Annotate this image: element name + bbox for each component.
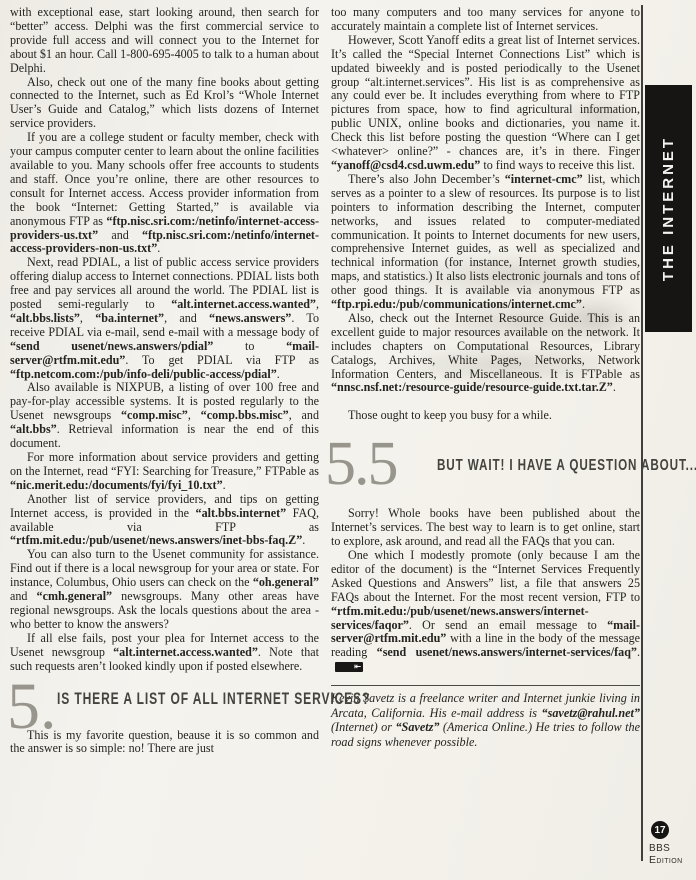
margin-rule <box>641 5 643 861</box>
paragraph: too many computers and too many services… <box>331 6 640 34</box>
edition-line-edition: Edition <box>649 855 683 867</box>
text-run: (Internet) or <box>331 720 395 734</box>
text-run: “nnsc.nsf.net:/resource-guide/resource-g… <box>331 380 613 394</box>
left-column: with exceptional ease, start looking aro… <box>10 6 319 756</box>
paragraph: If you are a college student or faculty … <box>10 131 319 256</box>
text-run: to find ways to receive this list. <box>480 158 635 172</box>
author-bio: Kevin Savetz is a freelance writer and I… <box>331 685 640 749</box>
text-run: “yanoff@csd4.csd.uwm.edu” <box>331 158 480 172</box>
section-number-5: 5. <box>7 677 57 736</box>
text-run: “send usenet/news.answers/internet-servi… <box>377 645 637 659</box>
text-run: , and <box>289 408 319 422</box>
text-run: with exceptional ease, start looking aro… <box>10 5 319 75</box>
text-run: “cmh.general” <box>37 589 113 603</box>
edition-label: BBS Edition <box>649 843 683 866</box>
paragraph: Those ought to keep you busy for a while… <box>331 409 640 423</box>
text-run: Those ought to keep you busy for a while… <box>348 408 552 422</box>
text-run: However, Scott Yanoff edits a great list… <box>331 33 640 158</box>
text-run: Sorry! Whole books have been published a… <box>331 506 640 548</box>
text-run: . To get PDIAL via FTP as <box>125 353 319 367</box>
text-run: . <box>157 241 160 255</box>
text-run: and <box>10 589 37 603</box>
text-run: “rtfm.mit.edu:/pub/usenet/news.answers/i… <box>10 533 302 547</box>
text-run: . <box>637 645 640 659</box>
page-number-badge: 17 <box>651 821 669 839</box>
text-run: “savetz@rahul.net” <box>541 706 640 720</box>
text-run: “alt.bbs.internet” <box>196 506 287 520</box>
chapter-tab: THE INTERNET <box>645 85 692 332</box>
section-heading-5: 5. IS THERE A LIST OF ALL INTERNET SERVI… <box>10 681 319 729</box>
text-run: , and <box>164 311 209 325</box>
text-run: . Retrieval information is near the end … <box>10 422 319 450</box>
paragraph: Another list of service providers, and t… <box>10 493 319 549</box>
text-run: “ftp.rpi.edu:/pub/communications/interne… <box>331 297 582 311</box>
text-run: Also, check out one of the many fine boo… <box>10 75 319 131</box>
paragraph: For more information about service provi… <box>10 451 319 493</box>
text-run: Also, check out the Internet Resource Gu… <box>331 311 640 381</box>
paragraph: with exceptional ease, start looking aro… <box>10 6 319 76</box>
section-heading-5-5: 5.5 BUT WAIT! I HAVE A QUESTION ABOUT... <box>331 441 640 497</box>
text-run: “comp.misc” <box>121 408 188 422</box>
end-of-article-icon: ⇤ <box>335 662 363 672</box>
text-run: . <box>302 533 305 547</box>
text-run: “ba.internet” <box>95 311 164 325</box>
text-run: . Or send an email message to <box>409 618 607 632</box>
paragraph: Also, check out one of the many fine boo… <box>10 76 319 132</box>
text-run: , <box>80 311 95 325</box>
text-run: “alt.internet.access.wanted” <box>113 645 258 659</box>
paragraph-text: One which I modestly promote (only becau… <box>331 548 640 659</box>
text-run: There’s also John December’s <box>348 172 505 186</box>
text-run: , <box>188 408 201 422</box>
text-run: “alt.internet.access.wanted” <box>171 297 316 311</box>
magazine-page: with exceptional ease, start looking aro… <box>0 0 696 880</box>
paragraph: If all else fails, post your plea for In… <box>10 632 319 674</box>
section-number-5-5: 5.5 <box>325 437 397 493</box>
text-run: “news.answers” <box>209 311 291 325</box>
paragraph: However, Scott Yanoff edits a great list… <box>331 34 640 173</box>
paragraph: Also available is NIXPUB, a listing of o… <box>10 381 319 451</box>
text-run: “ftp.netcom.com:/pub/info-deli/public-ac… <box>10 367 277 381</box>
text-run: . <box>582 297 585 311</box>
text-run: “nic.merit.edu:/documents/fyi/fyi_10.txt… <box>10 478 223 492</box>
text-run: “send usenet/news.answers/pdial” <box>10 339 213 353</box>
paragraph: Next, read PDIAL, a list of public acces… <box>10 256 319 381</box>
text-run: “comp.bbs.misc” <box>201 408 289 422</box>
paragraph: Also, check out the Internet Resource Gu… <box>331 312 640 395</box>
text-run: list, which serves as a pointer to a sle… <box>331 172 640 297</box>
text-run: “Savetz” <box>395 720 439 734</box>
paragraph: There’s also John December’s “internet-c… <box>331 173 640 312</box>
text-run: . <box>223 478 226 492</box>
chapter-tab-label: THE INTERNET <box>660 136 677 281</box>
text-run: . <box>613 380 616 394</box>
text-run: “oh.general” <box>253 575 319 589</box>
text-run: to <box>213 339 286 353</box>
paragraph: One which I modestly promote (only becau… <box>331 549 640 674</box>
text-run: , <box>316 297 319 311</box>
text-run: too many computers and too many services… <box>331 5 640 33</box>
text-run: and <box>98 228 142 242</box>
section-title-5-5: BUT WAIT! I HAVE A QUESTION ABOUT... <box>437 459 696 473</box>
text-run: . <box>277 367 280 381</box>
edition-line-bbs: BBS <box>649 843 683 855</box>
text-run: For more information about service provi… <box>10 450 319 478</box>
right-column: too many computers and too many services… <box>331 6 640 750</box>
paragraph: Sorry! Whole books have been published a… <box>331 507 640 549</box>
text-run: One which I modestly promote (only becau… <box>331 548 640 604</box>
section-title-5: IS THERE A LIST OF ALL INTERNET SERVICES… <box>57 693 370 707</box>
text-run: “alt.bbs.lists” <box>10 311 80 325</box>
paragraph: You can also turn to the Usenet communit… <box>10 548 319 631</box>
text-run: “alt.bbs” <box>10 422 57 436</box>
text-run: “internet-cmc” <box>505 172 583 186</box>
